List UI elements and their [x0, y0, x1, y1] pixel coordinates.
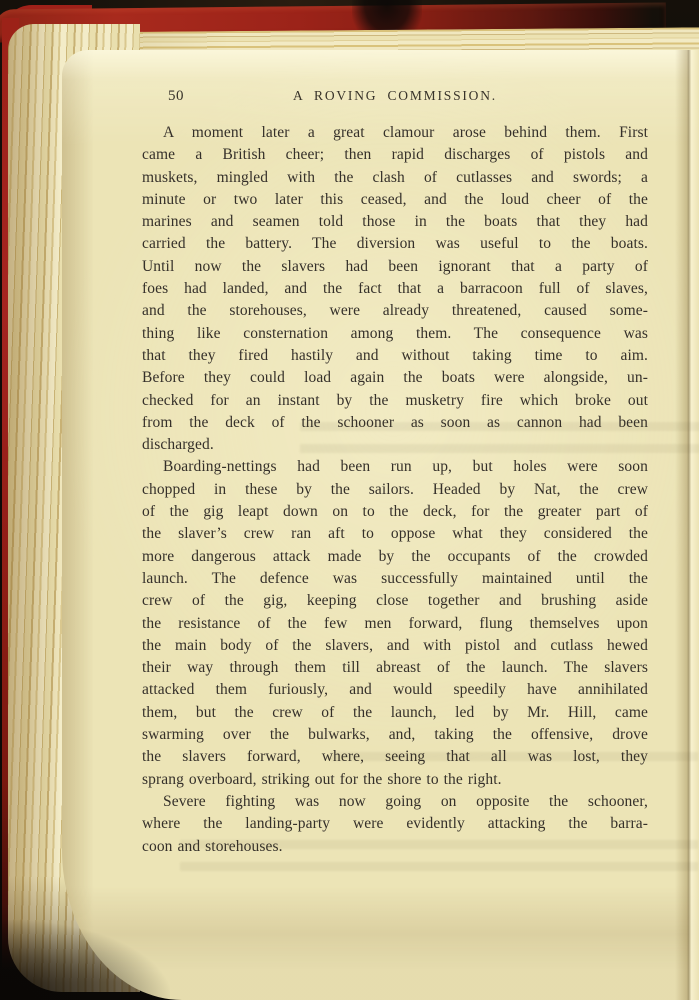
page-header: 50 A ROVING COMMISSION. — [142, 88, 648, 108]
text-line: launch. The defence was successfully mai… — [142, 568, 648, 590]
page-number: 50 — [168, 88, 184, 105]
text-line: where the landing-party were evidently a… — [142, 813, 648, 835]
text-line: them, but the crew of the launch, led by… — [142, 702, 648, 724]
text-line: attacked them furiously, and would speed… — [142, 679, 648, 701]
text-line: checked for an instant by the musketry f… — [142, 390, 648, 412]
text-line: A moment later a great clamour arose beh… — [142, 122, 648, 144]
text-line: Before they could load again the boats w… — [142, 367, 648, 389]
text-line: muskets, mingled with the clash of cutla… — [142, 167, 648, 189]
text-line: thing like consternation among them. The… — [142, 323, 648, 345]
text-line: from the deck of the schooner as soon as… — [142, 412, 648, 434]
text-line: Until now the slavers had been ignorant … — [142, 256, 648, 278]
text-line: foes had landed, and the fact that a bar… — [142, 278, 648, 300]
running-header: A ROVING COMMISSION. — [142, 88, 648, 104]
text-line: came a British cheer; then rapid dischar… — [142, 144, 648, 166]
page-text: A moment later a great clamour arose beh… — [142, 122, 648, 858]
text-line: chopped in these by the sailors. Headed … — [142, 479, 648, 501]
text-line: carried the battery. The diversion was u… — [142, 233, 648, 255]
text-line: the main body of the slavers, and with p… — [142, 635, 648, 657]
text-line: swarming over the bulwarks, and, taking … — [142, 724, 648, 746]
text-line: minute or two later this ceased, and the… — [142, 189, 648, 211]
book-page: 50 A ROVING COMMISSION. A moment later a… — [62, 50, 699, 1000]
text-line: sprang overboard, striking out for the s… — [142, 769, 648, 791]
text-line: the resistance of the few men forward, f… — [142, 613, 648, 635]
text-line: crew of the gig, keeping close together … — [142, 590, 648, 612]
text-line: of the gig leapt down on to the deck, fo… — [142, 501, 648, 523]
text-line: and the storehouses, were already threat… — [142, 300, 648, 322]
text-line: coon and storehouses. — [142, 836, 648, 858]
text-line: more dangerous attack made by the occupa… — [142, 546, 648, 568]
text-line: that they fired hastily and without taki… — [142, 345, 648, 367]
text-line: discharged. — [142, 434, 648, 456]
text-line: Severe fighting was now going on opposit… — [142, 791, 648, 813]
page-gutter-shadow — [675, 50, 699, 1000]
text-line: marines and seamen told those in the boa… — [142, 211, 648, 233]
text-line: the slaver’s crew ran aft to oppose what… — [142, 523, 648, 545]
text-line: Boarding-nettings had been run up, but h… — [142, 456, 648, 478]
text-line: the slavers forward, where, seeing that … — [142, 746, 648, 768]
text-line: their way through them till abreast of t… — [142, 657, 648, 679]
book-photo: 50 A ROVING COMMISSION. A moment later a… — [0, 0, 699, 1000]
